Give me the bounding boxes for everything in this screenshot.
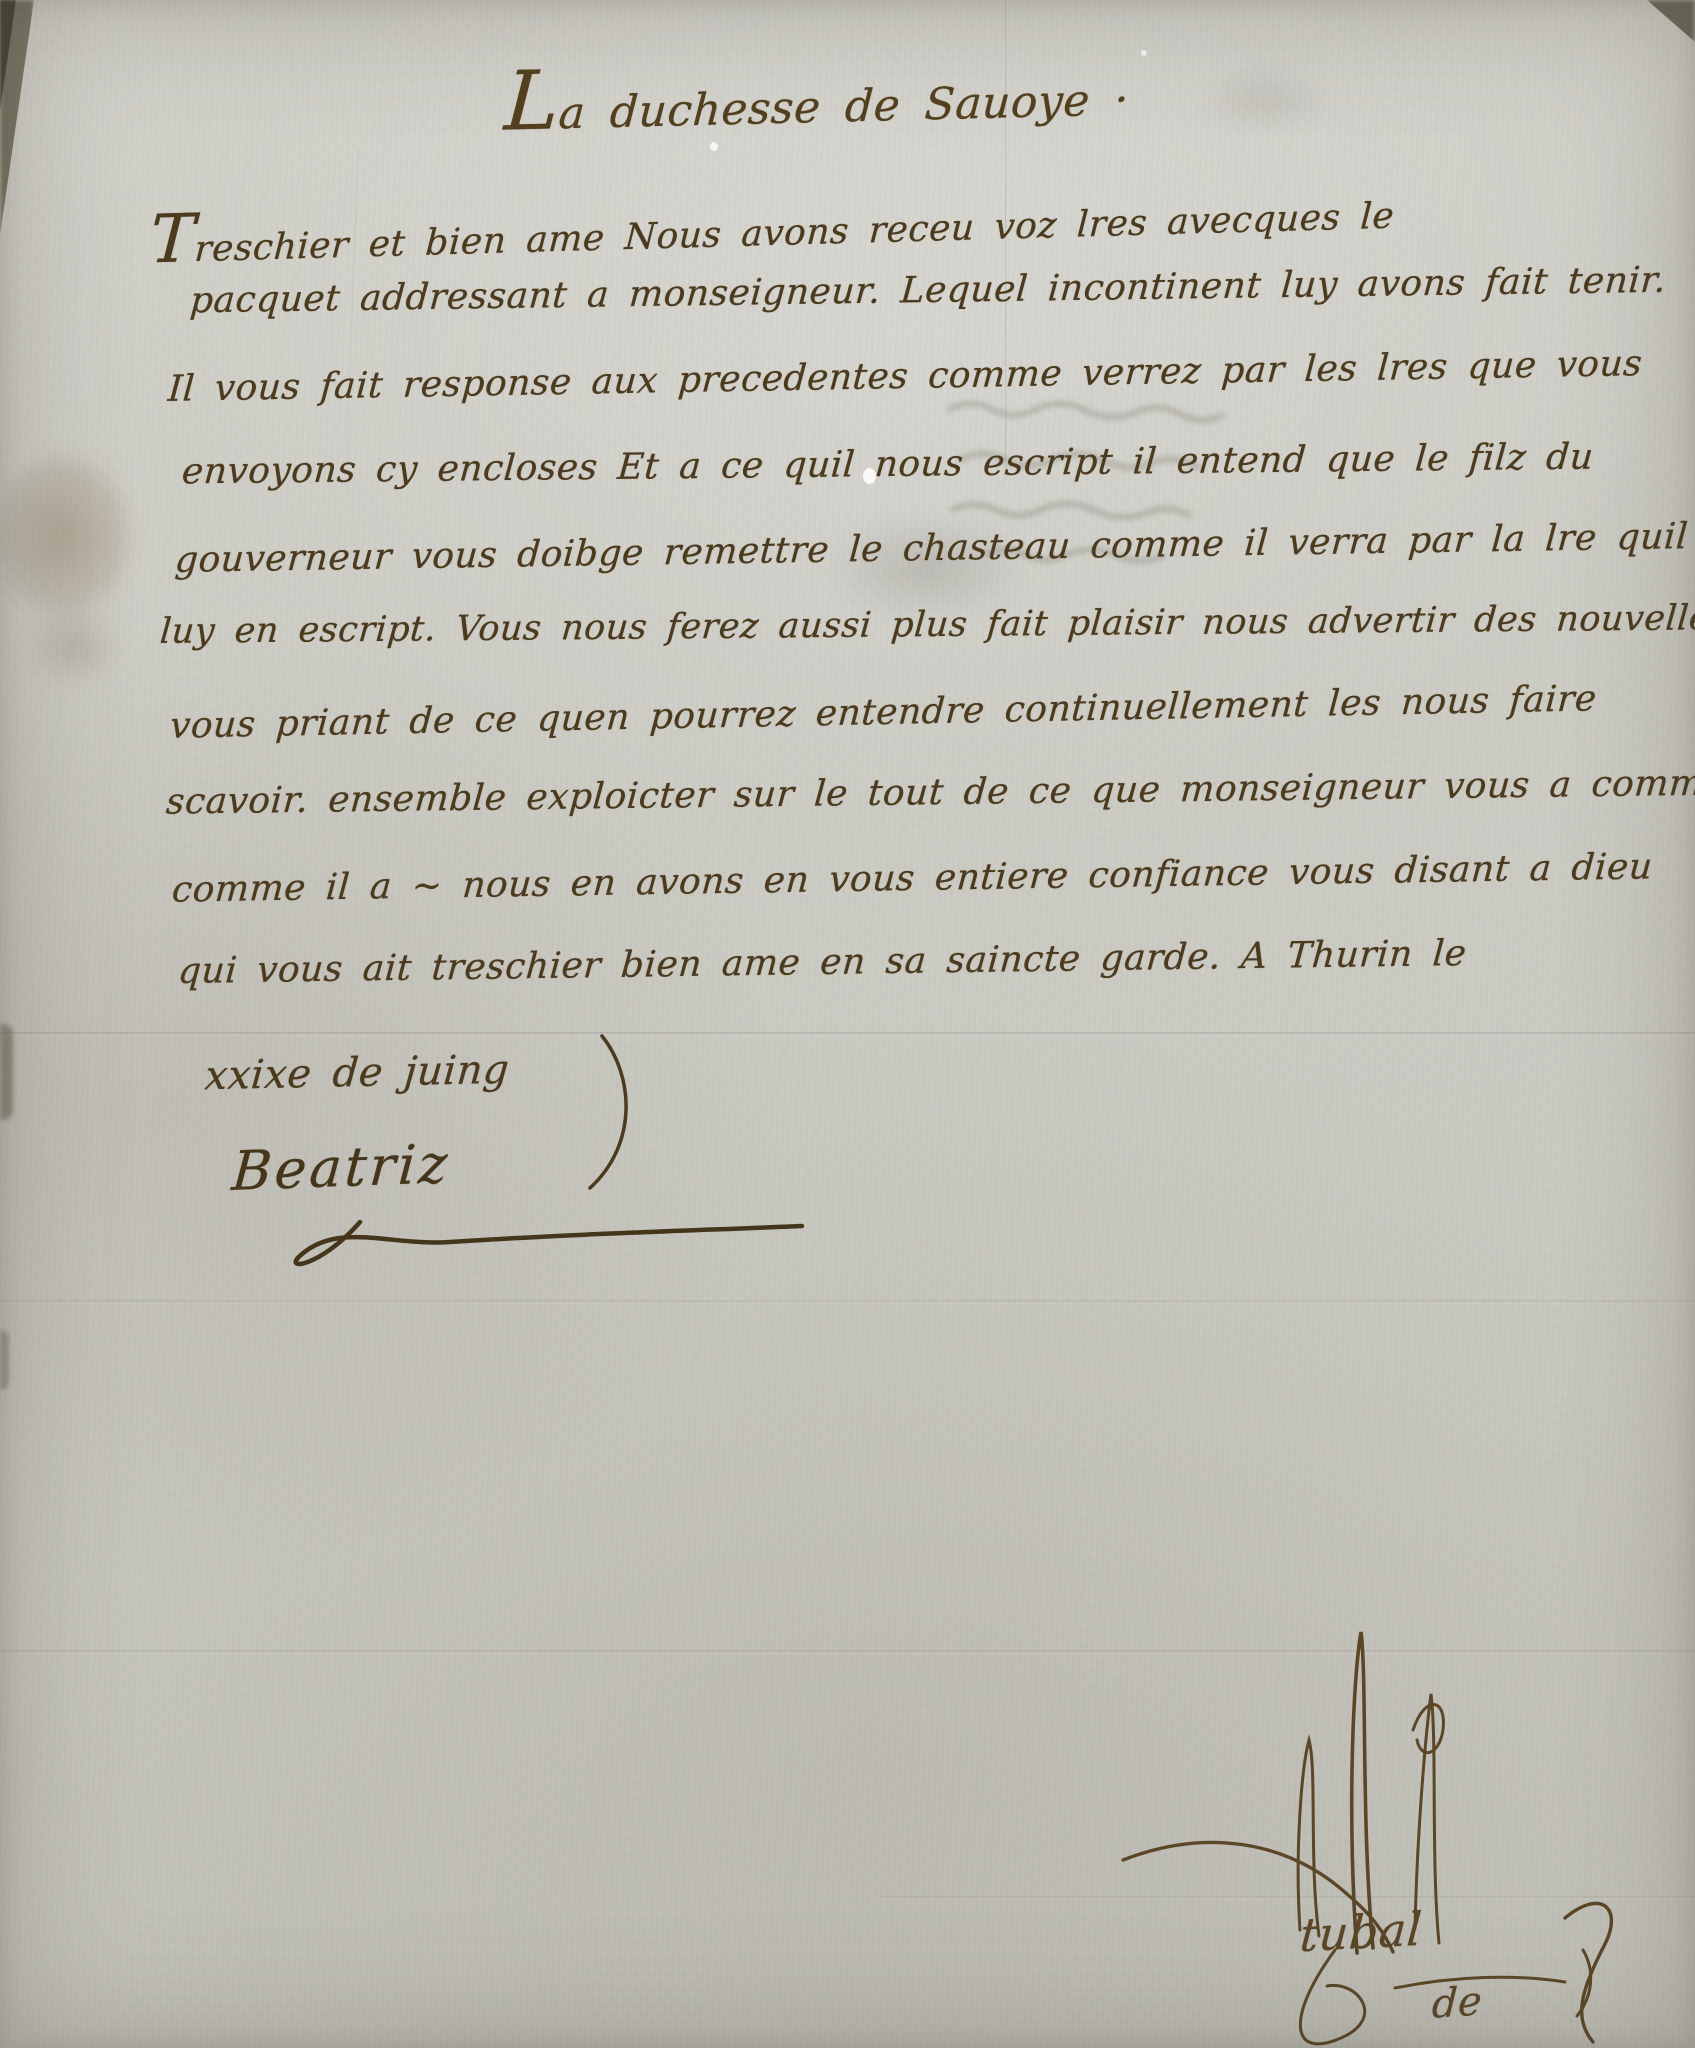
fold-crease: [0, 1300, 1695, 1304]
ink-stain: [0, 418, 160, 653]
paper-chip: [710, 142, 718, 151]
manuscript-letter-photo: La duchesse de Sauoye · Treschier et bie…: [0, 0, 1695, 2048]
countersignature-suffix: de: [1431, 1980, 1483, 2026]
shadow-smudge: [1180, 55, 1350, 145]
paper-edge-nick: [0, 1330, 9, 1390]
body-line: scavoir. ensemble exploicter sur le tout…: [165, 764, 1695, 821]
letter-heading: La duchesse de Sauoye ·: [502, 44, 1132, 145]
body-line: comme il a ~ nous en avons en vous entie…: [171, 848, 1654, 909]
photo-corner-shadow: [0, 0, 16, 110]
ink-stain: [8, 588, 138, 703]
photo-corner-shadow: [0, 0, 34, 235]
paper-edge-nick: [0, 1024, 13, 1120]
countersignature-name: tubal: [1298, 1905, 1423, 1960]
signature-underline-flourish: [210, 1150, 820, 1280]
body-line: pacquet addressant a monseigneur. Lequel…: [189, 262, 1668, 320]
body-line: qui vous ait treschier bien ame en sa sa…: [177, 935, 1468, 991]
paper-chip: [1141, 50, 1147, 56]
body-line: Il vous fait response aux precedentes co…: [167, 345, 1644, 409]
body-line: luy en escript. Vous nous ferez aussi pl…: [159, 600, 1695, 650]
body-line: Treschier et bien ame Nous avons receu v…: [148, 171, 1397, 276]
countersignature-flourish: [1095, 1598, 1695, 2048]
body-line: envoyons cy encloses Et a ce quil nous e…: [181, 439, 1595, 492]
fold-crease: [0, 1032, 1695, 1036]
date-line: xxixe de juing: [203, 1049, 511, 1097]
body-line: vous priant de ce quen pourrez entendre …: [169, 680, 1598, 745]
photo-corner-shadow: [1647, 0, 1695, 42]
